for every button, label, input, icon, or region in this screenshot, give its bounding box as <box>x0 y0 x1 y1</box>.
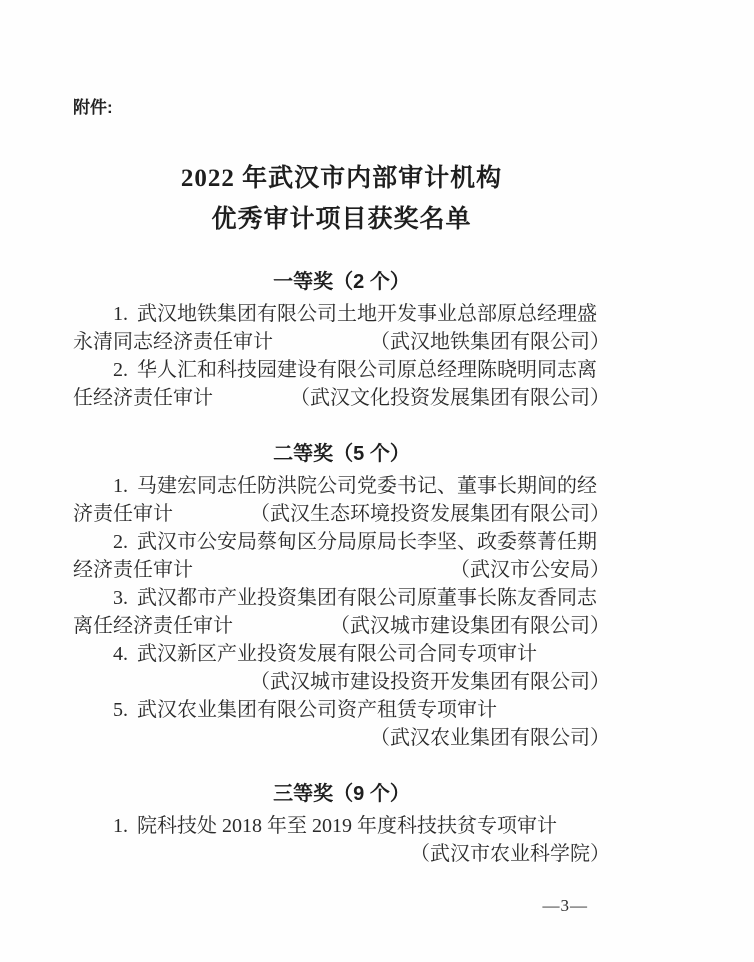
item-org: （武汉文化投资发展集团有限公司） <box>290 384 610 412</box>
section-heading: 三等奖（9 个） <box>73 782 610 806</box>
award-item: 2.华人汇和科技园建设有限公司原总经理陈晓明同志离任经济责任审计 （武汉文化投资… <box>73 356 610 412</box>
section-third-prize: 三等奖（9 个） 1.院科技处 2018 年至 2019 年度科技扶贫专项审计 … <box>73 782 610 868</box>
item-org: （武汉农业集团有限公司） <box>370 724 610 752</box>
award-item: 4.武汉新区产业投资发展有限公司合同专项审计 （武汉城市建设投资开发集团有限公司… <box>73 640 610 696</box>
item-org: （武汉城市建设集团有限公司） <box>330 612 610 640</box>
award-item: 1.院科技处 2018 年至 2019 年度科技扶贫专项审计 （武汉市农业科学院… <box>73 812 610 868</box>
item-number: 5. <box>113 699 128 721</box>
section-heading: 一等奖（2 个） <box>73 270 610 294</box>
award-item: 5.武汉农业集团有限公司资产租赁专项审计 （武汉农业集团有限公司） <box>73 696 610 752</box>
item-org: （武汉地铁集团有限公司） <box>370 328 610 356</box>
award-item: 2.武汉市公安局蔡甸区分局原局长李坚、政委蔡菁任期经济责任审计 （武汉市公安局） <box>73 528 610 584</box>
item-number: 2. <box>113 359 128 381</box>
item-title: 院科技处 2018 年至 2019 年度科技扶贫专项审计 <box>137 815 557 837</box>
item-number: 2. <box>113 531 128 553</box>
award-item: 1.马建宏同志任防洪院公司党委书记、董事长期间的经济责任审计 （武汉生态环境投资… <box>73 472 610 528</box>
item-org: （武汉城市建设投资开发集团有限公司） <box>250 668 610 696</box>
item-number: 1. <box>113 303 128 325</box>
document-title: 2022 年武汉市内部审计机构 优秀审计项目获奖名单 <box>73 158 610 240</box>
section-second-prize: 二等奖（5 个） 1.马建宏同志任防洪院公司党委书记、董事长期间的经济责任审计 … <box>73 442 610 752</box>
item-title: 武汉新区产业投资发展有限公司合同专项审计 <box>137 643 537 665</box>
item-number: 3. <box>113 587 128 609</box>
item-number: 1. <box>113 475 128 497</box>
item-title: 武汉农业集团有限公司资产租赁专项审计 <box>137 699 497 721</box>
award-item: 1.武汉地铁集团有限公司土地开发事业总部原总经理盛永清同志经济责任审计 （武汉地… <box>73 300 610 356</box>
item-number: 1. <box>113 815 128 837</box>
award-item: 3.武汉都市产业投资集团有限公司原董事长陈友香同志离任经济责任审计 （武汉城市建… <box>73 584 610 640</box>
item-org: （武汉市农业科学院） <box>410 840 610 868</box>
document-page: 附件: 2022 年武汉市内部审计机构 优秀审计项目获奖名单 一等奖（2 个） … <box>0 0 754 962</box>
page-number: —3— <box>543 896 589 916</box>
section-first-prize: 一等奖（2 个） 1.武汉地铁集团有限公司土地开发事业总部原总经理盛永清同志经济… <box>73 270 610 412</box>
attachment-label: 附件: <box>73 96 610 120</box>
item-number: 4. <box>113 643 128 665</box>
section-heading: 二等奖（5 个） <box>73 442 610 466</box>
title-line-1: 2022 年武汉市内部审计机构 <box>73 158 610 199</box>
item-org: （武汉市公安局） <box>450 556 610 584</box>
item-org: （武汉生态环境投资发展集团有限公司） <box>250 500 610 528</box>
title-line-2: 优秀审计项目获奖名单 <box>73 199 610 240</box>
